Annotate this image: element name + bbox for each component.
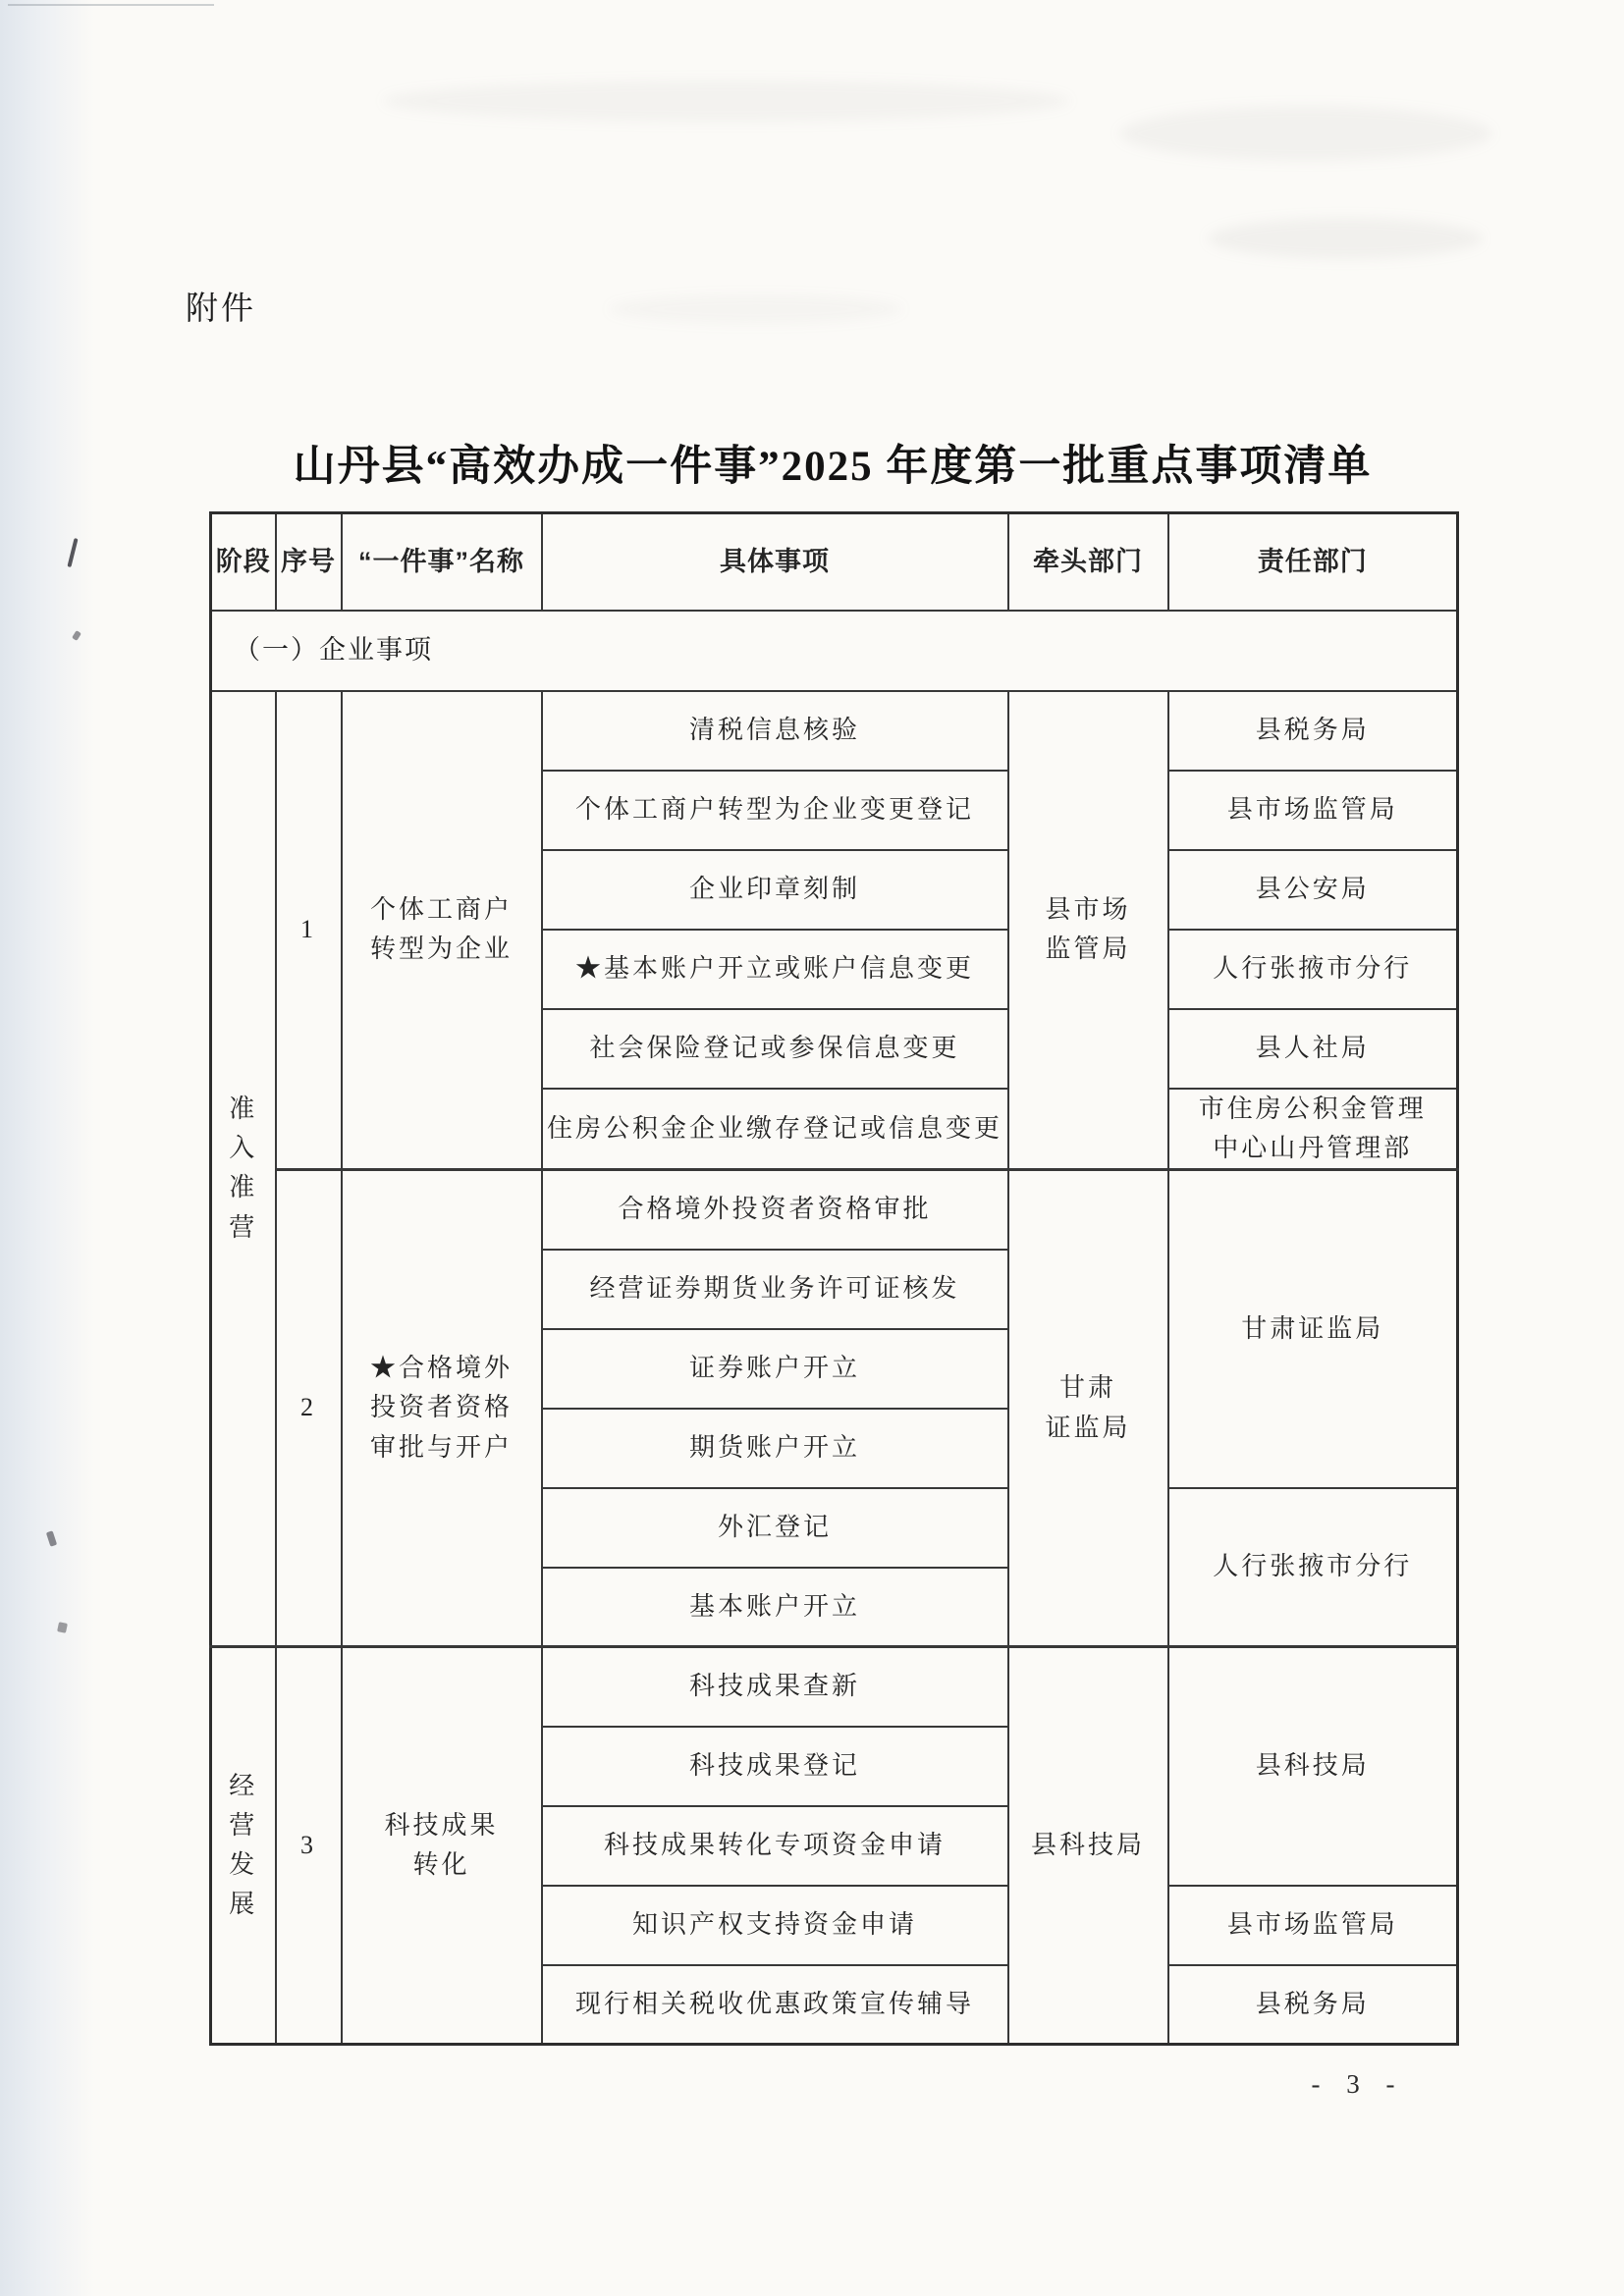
task-cell: 科技成果查新 [542, 1647, 1008, 1727]
responsible-cell: 县税务局 [1168, 1965, 1458, 2045]
stage-cell: 经 营 发 展 [211, 1647, 276, 2045]
scan-edge-line [8, 4, 214, 6]
bleed-through-smudge [609, 294, 903, 324]
header-responsible: 责任部门 [1168, 513, 1458, 611]
bleed-through-smudge [383, 80, 1070, 122]
page-edge-shadow [0, 0, 94, 2296]
page-number: - 3 - [1284, 2069, 1432, 2100]
task-cell: ★基本账户开立或账户信息变更 [542, 930, 1008, 1009]
responsible-cell: 人行张掖市分行 [1168, 1488, 1458, 1647]
header-lead: 牵头部门 [1008, 513, 1168, 611]
table-row: 准 入 准 营 1 个体工商户 转型为企业 清税信息核验 县市场 监管局 县税务… [211, 691, 1458, 771]
responsible-cell: 县人社局 [1168, 1009, 1458, 1089]
key-items-table: 阶段 序号 “一件事”名称 具体事项 牵头部门 责任部门 （一）企业事项 准 入… [209, 511, 1459, 2046]
task-cell: 知识产权支持资金申请 [542, 1886, 1008, 1965]
task-cell: 科技成果转化专项资金申请 [542, 1806, 1008, 1886]
responsible-cell: 县税务局 [1168, 691, 1458, 771]
name-cell: 个体工商户 转型为企业 [342, 691, 542, 1170]
name-cell: ★合格境外 投资者资格 审批与开户 [342, 1170, 542, 1647]
lead-cell: 甘肃 证监局 [1008, 1170, 1168, 1647]
task-cell: 证券账户开立 [542, 1329, 1008, 1409]
lead-cell: 县市场 监管局 [1008, 691, 1168, 1170]
task-cell: 住房公积金企业缴存登记或信息变更 [542, 1089, 1008, 1170]
lead-cell: 县科技局 [1008, 1647, 1168, 2045]
scanned-document-page: 附件 山丹县“高效办成一件事”2025 年度第一批重点事项清单 阶段 序号 “一… [0, 0, 1624, 2296]
responsible-cell: 甘肃证监局 [1168, 1170, 1458, 1488]
responsible-cell: 县科技局 [1168, 1647, 1458, 1886]
task-cell: 个体工商户转型为企业变更登记 [542, 771, 1008, 850]
task-cell: 期货账户开立 [542, 1409, 1008, 1488]
section-title: （一）企业事项 [211, 611, 1458, 691]
task-cell: 外汇登记 [542, 1488, 1008, 1568]
table-row: 2 ★合格境外 投资者资格 审批与开户 合格境外投资者资格审批 甘肃 证监局 甘… [211, 1170, 1458, 1250]
responsible-cell: 县市场监管局 [1168, 771, 1458, 850]
task-cell: 合格境外投资者资格审批 [542, 1170, 1008, 1250]
task-cell: 经营证券期货业务许可证核发 [542, 1250, 1008, 1329]
header-no: 序号 [276, 513, 342, 611]
section-row: （一）企业事项 [211, 611, 1458, 691]
header-name: “一件事”名称 [342, 513, 542, 611]
bleed-through-smudge [1119, 106, 1492, 161]
responsible-cell: 市住房公积金管理 中心山丹管理部 [1168, 1089, 1458, 1170]
task-cell: 基本账户开立 [542, 1568, 1008, 1647]
stage-cell: 准 入 准 营 [211, 691, 276, 1647]
no-cell: 3 [276, 1647, 342, 2045]
responsible-cell: 县公安局 [1168, 850, 1458, 930]
table-header-row: 阶段 序号 “一件事”名称 具体事项 牵头部门 责任部门 [211, 513, 1458, 611]
name-cell: 科技成果 转化 [342, 1647, 542, 2045]
task-cell: 科技成果登记 [542, 1727, 1008, 1806]
document-title: 山丹县“高效办成一件事”2025 年度第一批重点事项清单 [209, 433, 1456, 493]
task-cell: 现行相关税收优惠政策宣传辅导 [542, 1965, 1008, 2045]
header-task: 具体事项 [542, 513, 1008, 611]
task-cell: 清税信息核验 [542, 691, 1008, 771]
header-stage: 阶段 [211, 513, 276, 611]
task-cell: 企业印章刻制 [542, 850, 1008, 930]
bleed-through-smudge [1208, 218, 1483, 259]
task-cell: 社会保险登记或参保信息变更 [542, 1009, 1008, 1089]
responsible-cell: 县市场监管局 [1168, 1886, 1458, 1965]
responsible-cell: 人行张掖市分行 [1168, 930, 1458, 1009]
no-cell: 1 [276, 691, 342, 1170]
no-cell: 2 [276, 1170, 342, 1647]
attachment-label: 附件 [186, 283, 256, 329]
table-row: 经 营 发 展 3 科技成果 转化 科技成果查新 县科技局 县科技局 [211, 1647, 1458, 1727]
